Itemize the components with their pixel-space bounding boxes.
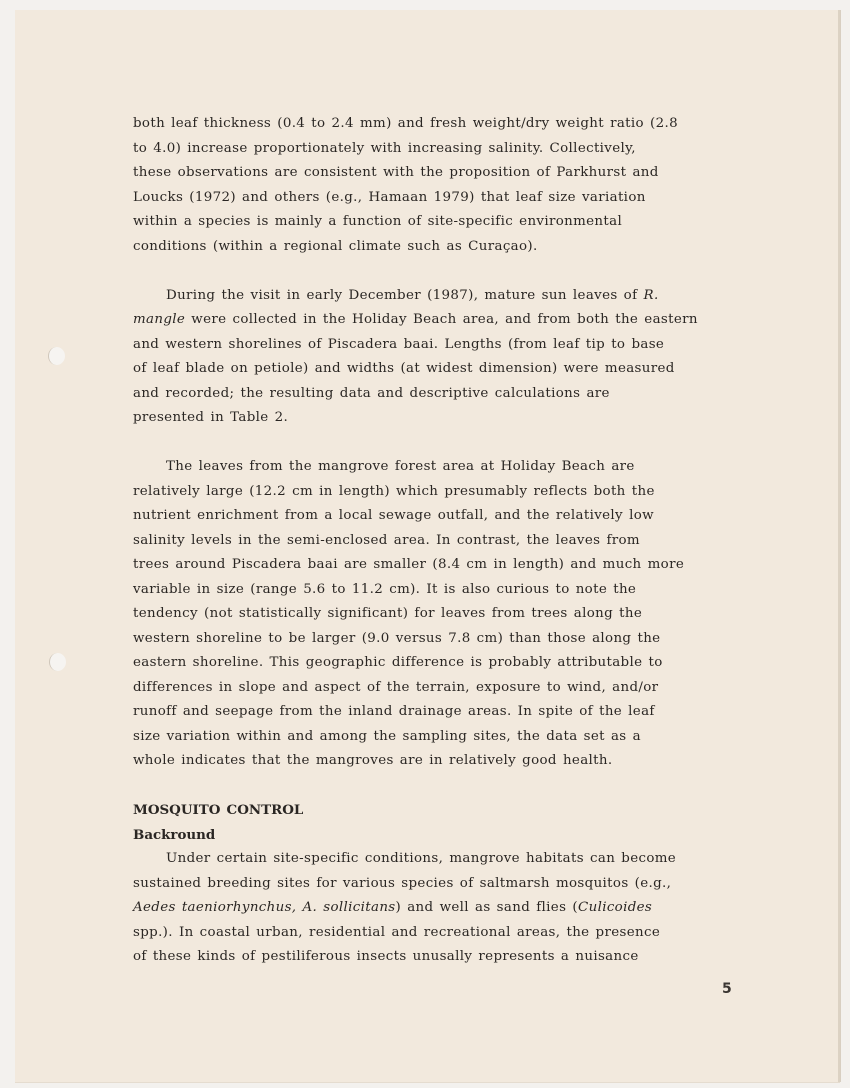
page-number: 5 — [722, 981, 732, 997]
text-line: and western shorelines of Piscadera baai… — [133, 333, 753, 358]
text-line: differences in slope and aspect of the t… — [133, 676, 753, 701]
text-line: whole indicates that the mangroves are i… — [133, 749, 753, 774]
text-line: mangle were collected in the Holiday Bea… — [133, 308, 753, 333]
text-line: runoff and seepage from the inland drain… — [133, 700, 753, 725]
text-line: During the visit in early December (1987… — [133, 284, 753, 309]
text-span: During the visit in early December (1987… — [166, 288, 644, 303]
text-line: Loucks (1972) and others (e.g., Hamaan 1… — [133, 186, 753, 211]
text-line: and recorded; the resulting data and des… — [133, 382, 753, 407]
text-line: tendency (not statistically significant)… — [133, 602, 753, 627]
species-name: mangle — [133, 312, 185, 327]
punch-hole-bottom — [49, 653, 66, 671]
text-line: to 4.0) increase proportionately with in… — [133, 137, 753, 162]
page-edge — [838, 10, 840, 1082]
paragraph-leaf-thickness: both leaf thickness (0.4 to 2.4 mm) and … — [133, 112, 753, 259]
text-line: both leaf thickness (0.4 to 2.4 mm) and … — [133, 112, 753, 137]
text-line: Aedes taeniorhynchus, A. sollicitans) an… — [133, 896, 753, 921]
text-line: these observations are consistent with t… — [133, 161, 753, 186]
text-line: nutrient enrichment from a local sewage … — [133, 504, 753, 529]
text-line: salinity levels in the semi-enclosed are… — [133, 529, 753, 554]
text-line: sustained breeding sites for various spe… — [133, 872, 753, 897]
text-line: variable in size (range 5.6 to 11.2 cm).… — [133, 578, 753, 603]
text-line: size variation within and among the samp… — [133, 725, 753, 750]
text-line: eastern shoreline. This geographic diffe… — [133, 651, 753, 676]
punch-hole-top — [48, 347, 65, 365]
species-name: Aedes taeniorhynchus, A. sollicitans — [133, 900, 396, 915]
text-line: The leaves from the mangrove forest area… — [133, 455, 753, 480]
text-line: within a species is mainly a function of… — [133, 210, 753, 235]
text-line: spp.). In coastal urban, residential and… — [133, 921, 753, 946]
text-span: ) and well as sand flies ( — [396, 900, 578, 915]
species-name: R. — [644, 288, 659, 303]
text-span: were collected in the Holiday Beach area… — [185, 312, 698, 327]
text-line: conditions (within a regional climate su… — [133, 235, 753, 260]
text-line: presented in Table 2. — [133, 406, 753, 431]
paragraph-leaf-collection: During the visit in early December (1987… — [133, 284, 753, 431]
paragraph-mosquito-background: Under certain site-specific conditions, … — [133, 847, 753, 970]
species-name: Culicoides — [578, 900, 652, 915]
text-line: western shoreline to be larger (9.0 vers… — [133, 627, 753, 652]
paragraph-leaf-results: The leaves from the mangrove forest area… — [133, 455, 753, 774]
text-line: of these kinds of pestiliferous insects … — [133, 945, 753, 970]
subsection-heading: Backround — [133, 823, 753, 848]
text-line: relatively large (12.2 cm in length) whi… — [133, 480, 753, 505]
text-line: of leaf blade on petiole) and widths (at… — [133, 357, 753, 382]
document-body: both leaf thickness (0.4 to 2.4 mm) and … — [133, 112, 753, 970]
text-line: Under certain site-specific conditions, … — [133, 847, 753, 872]
section-heading: MOSQUITO CONTROL — [133, 798, 753, 823]
text-line: trees around Piscadera baai are smaller … — [133, 553, 753, 578]
